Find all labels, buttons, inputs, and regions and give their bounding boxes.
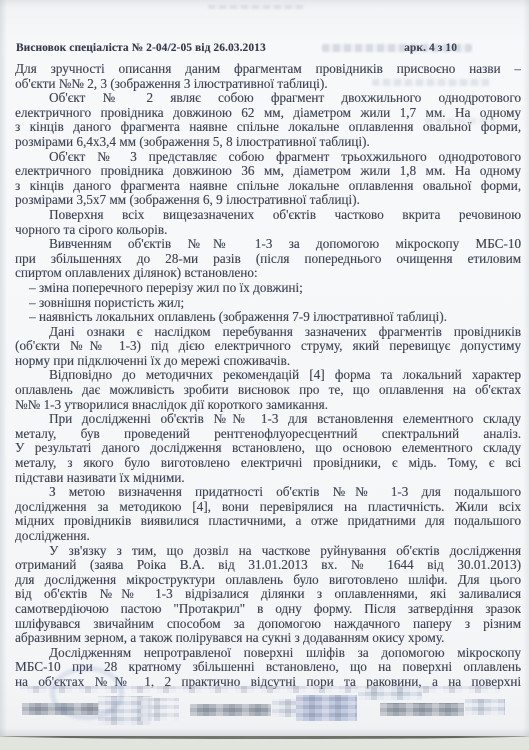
text-line: від об'єктів №№ 1-3 відрізалися ділянки … <box>15 587 521 602</box>
text-line: мідних провідників виявилися пластичними… <box>15 514 521 529</box>
page-header: Висновок спеціаліста № 2-04/2-05 від 26.… <box>16 42 457 55</box>
text-line: оплавлень дає можливість зробити висново… <box>15 383 521 398</box>
text-line: спиртом оплавлених ділянок) встановлено: <box>15 266 521 281</box>
text-line: Поверхня всіх вищезазначених об'єктів ча… <box>15 208 521 223</box>
scanned-document: Висновок спеціаліста № 2-04/2-05 від 26.… <box>0 0 529 750</box>
text-line: Об'єкт № 2 являє собою фрагмент двохжиль… <box>15 91 521 106</box>
text-line: металу, з якого було виготовлено електри… <box>15 456 521 471</box>
text-line: металу, був проведений рентгенофлуоресце… <box>15 427 521 442</box>
text-line: №№ 1-3 утворилися внаслідок дії коротког… <box>15 398 521 413</box>
text-line: Об'єкт № 3 представляє собою фрагмент тр… <box>15 150 521 165</box>
text-line: об'єкти №№ 2, 3 (зображення 3 ілюстратив… <box>15 77 521 92</box>
text-line: – зміна поперечного перерізу жил по їх д… <box>15 281 521 296</box>
text-line: Вивченням об'єктів №№ 1-3 за допомогою м… <box>15 237 521 252</box>
text-line: дослідження за методикою [4], вони перев… <box>15 500 521 515</box>
text-line: При дослідженні об'єктів №№ 1-3 для вста… <box>15 412 521 427</box>
text-line: Дослідженням непротравленої поверхні шлі… <box>15 646 521 661</box>
text-line: – зовнішня пористість жил; <box>15 296 521 311</box>
text-line: електричного провідника довжиною 36 мм, … <box>15 164 521 179</box>
text-line: з кінців даного фрагмента наявне спільне… <box>15 120 521 135</box>
text-line: отриманий (заява Роіка В.А. від 31.01.20… <box>15 558 521 573</box>
text-line: електричного провідника довжиною 62 мм, … <box>15 106 521 121</box>
text-line: на об'єктах №№ 1, 2 практично відсутні п… <box>15 675 521 690</box>
text-line: – наявність локальних оплавлень (зображе… <box>15 310 521 325</box>
document-reference: Висновок спеціаліста № 2-04/2-05 від 26.… <box>16 42 266 55</box>
text-line: У результаті даного дослідження встановл… <box>15 441 521 456</box>
text-line: МБС-10 при 28 кратному збільшенні встано… <box>15 660 521 675</box>
text-line: Для зручності описання даним фрагментам … <box>15 62 521 77</box>
text-line: шліфувався звичайним способом за допомог… <box>15 617 521 632</box>
page-bottom-edge <box>0 736 529 739</box>
text-line: підстави називати їх мідними. <box>15 471 521 486</box>
text-line: з кінців даного фрагмента наявне спільне… <box>15 179 521 194</box>
page-number: арк. 4 з 10 <box>404 42 457 55</box>
text-line: (об'єкти №№ 1-3) під дією електричного с… <box>15 339 521 354</box>
text-line: Дані ознаки є наслідком перебування зазн… <box>15 325 521 340</box>
text-line: розмірами 6,4х3,4 мм (зображення 5, 8 іл… <box>15 135 521 150</box>
text-line: У зв'язку з тим, що дозвіл на часткове р… <box>15 544 521 559</box>
text-line: абразивним зерном, а також полірувався н… <box>15 631 521 646</box>
text-line: розмірами 3,5х7 мм (зображення 6, 9 ілюс… <box>15 193 521 208</box>
document-text: Для зручності описання даним фрагментам … <box>15 62 521 690</box>
text-line: дослідження. <box>15 529 521 544</box>
text-line: З метою визначення придатності об'єктів … <box>15 485 521 500</box>
text-line: самотвердіючою пастою "Протакрил" в одну… <box>15 602 521 617</box>
document-page: Висновок спеціаліста № 2-04/2-05 від 26.… <box>0 0 529 737</box>
text-line: при збільшеннях до 28-ми разів (після по… <box>15 252 521 267</box>
text-line: для дослідження мікроструктури оплавлень… <box>15 573 521 588</box>
text-line: чорного та сірого кольорів. <box>15 223 521 238</box>
text-line: норму при підключенні їх до мережі спожи… <box>15 354 521 369</box>
text-line: Відповідно до методичних рекомендацій [4… <box>15 368 521 383</box>
